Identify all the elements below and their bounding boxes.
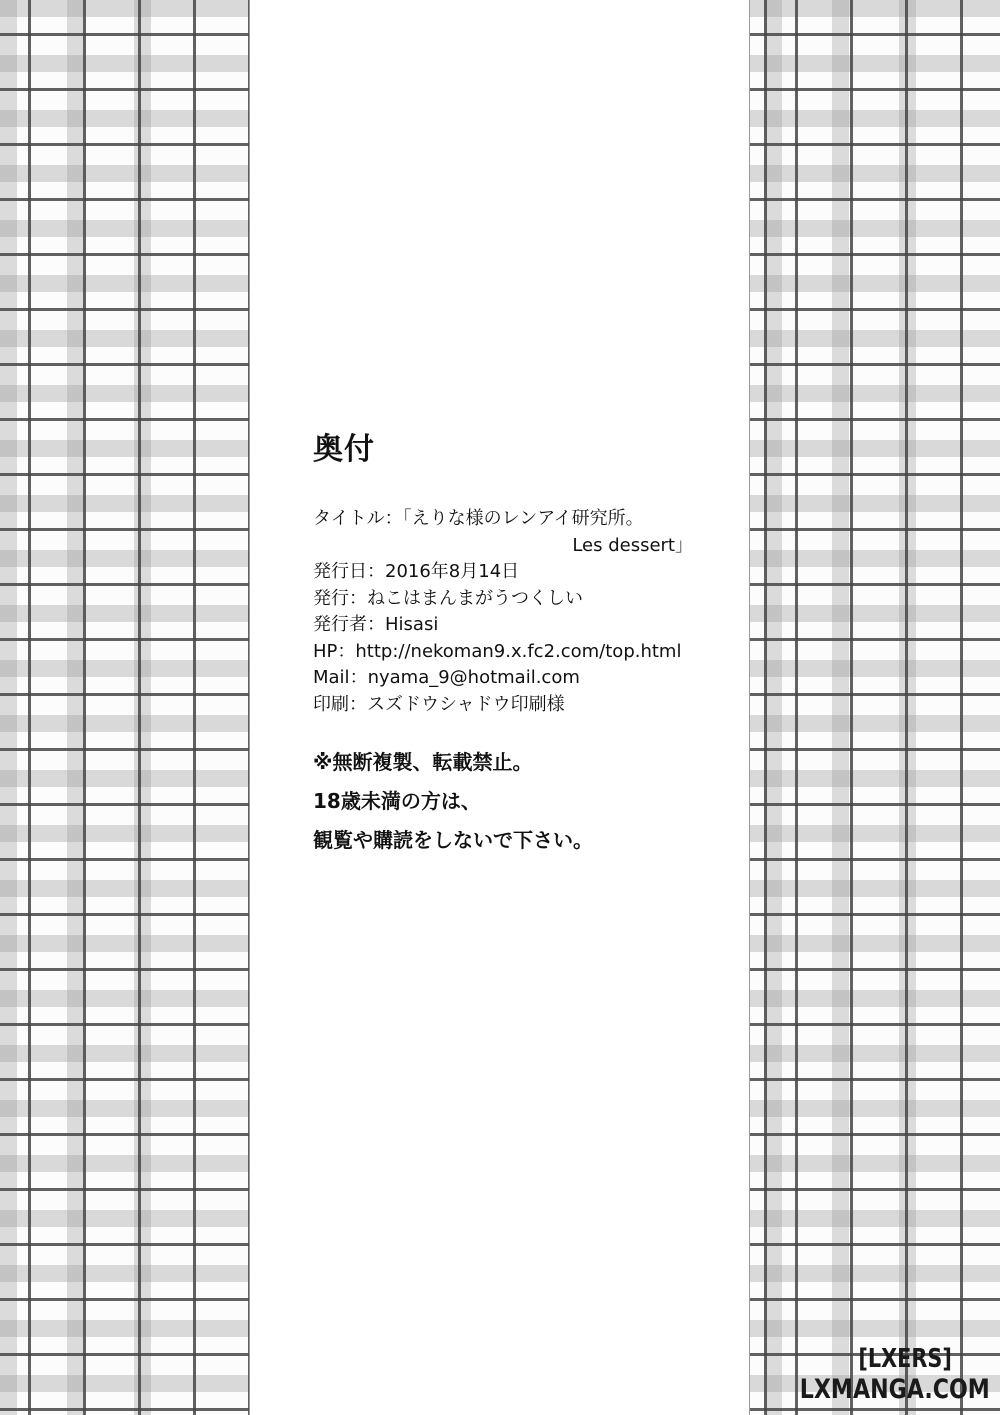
info-separator: ： xyxy=(349,588,367,609)
info-label: タイトル xyxy=(313,508,385,529)
info-separator: ： xyxy=(367,614,385,635)
plaid-border-left xyxy=(0,0,250,1415)
plaid-border-right xyxy=(749,0,1000,1415)
info-value: 「えりな様のレンアイ研究所。 xyxy=(403,508,644,529)
info-publisher: 発行者：Hisasi xyxy=(313,612,733,639)
info-value: nyama_9@hotmail.com xyxy=(368,667,580,688)
info-label: 印刷 xyxy=(313,694,349,715)
notice-block: ※無断複製、転載禁止。 18歳未満の方は、 観覧や購読をしないで下さい。 xyxy=(313,743,733,860)
info-homepage: HP：http://nekoman9.x.fc2.com/top.html xyxy=(313,639,733,666)
info-publisher-circle: 発行：ねこはまんまがうつくしい xyxy=(313,586,733,613)
watermark-group-name: [LXERS] xyxy=(797,1346,952,1372)
info-label: 発行 xyxy=(313,588,349,609)
watermark: [LXERS] LXMANGA.COM xyxy=(758,1346,990,1403)
notice-age-restriction: 18歳未満の方は、 xyxy=(313,782,733,821)
info-publish-date: 発行日：2016年8月14日 xyxy=(313,559,733,586)
info-separator: ： xyxy=(385,508,403,529)
info-value: Les dessert」 xyxy=(572,535,693,556)
info-separator: ： xyxy=(349,694,367,715)
info-mail: Mail：nyama_9@hotmail.com xyxy=(313,665,733,692)
info-separator: ： xyxy=(350,667,368,688)
info-value: http://nekoman9.x.fc2.com/top.html xyxy=(355,641,681,662)
info-value: 2016年8月14日 xyxy=(385,561,519,582)
info-label: Mail xyxy=(313,667,350,688)
info-title-continued: Les dessert」 xyxy=(313,533,733,560)
info-separator: ： xyxy=(367,561,385,582)
info-value: スズドウシャドウ印刷様 xyxy=(367,694,565,715)
watermark-site: LXMANGA.COM xyxy=(800,1376,990,1403)
notice-do-not-read: 観覧や購読をしないで下さい。 xyxy=(313,821,733,860)
info-label: 発行者 xyxy=(313,614,367,635)
info-separator: ： xyxy=(337,641,355,662)
info-value: ねこはまんまがうつくしい xyxy=(367,588,583,609)
colophon-heading: 奥付 xyxy=(313,432,733,468)
info-value: Hisasi xyxy=(385,614,438,635)
notice-no-reproduction: ※無断複製、転載禁止。 xyxy=(313,743,733,782)
info-printer: 印刷：スズドウシャドウ印刷様 xyxy=(313,692,733,719)
info-title: タイトル：「えりな様のレンアイ研究所。 xyxy=(313,506,733,533)
colophon-block: 奥付 タイトル：「えりな様のレンアイ研究所。 Les dessert」 発行日：… xyxy=(313,432,733,860)
info-label: 発行日 xyxy=(313,561,367,582)
info-label: HP xyxy=(313,641,337,662)
